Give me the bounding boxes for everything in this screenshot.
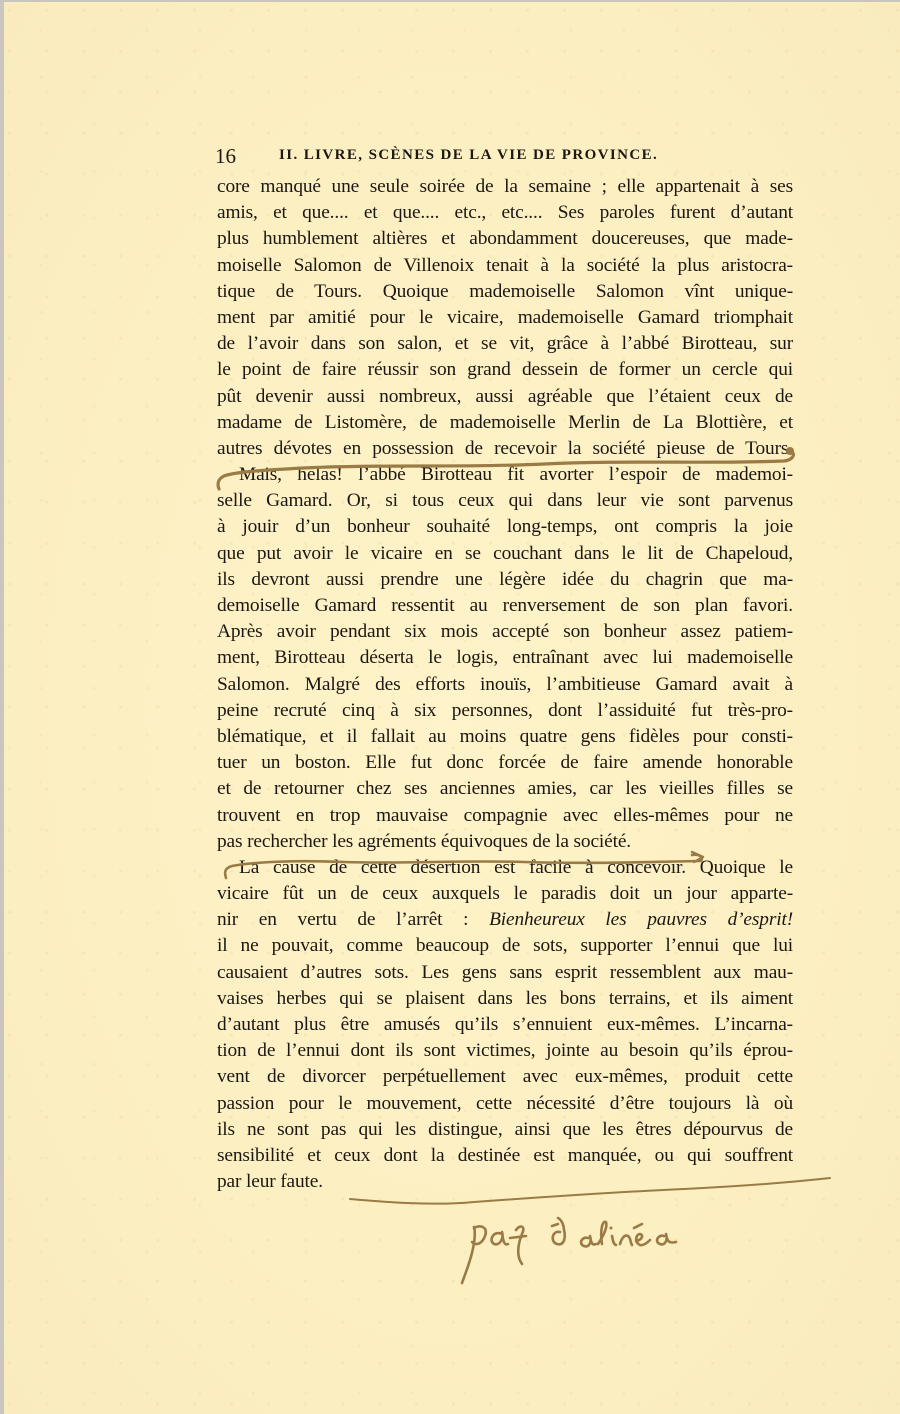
body-text: core manqué une seule soirée de la semai… (217, 174, 793, 1195)
text-line: causaient d’autres sots. Les gens sans e… (217, 960, 793, 986)
text-line: ils ne sont pas qui les distingue, ainsi… (217, 1117, 793, 1143)
text-line: peine recruté cinq à six personnes, dont… (217, 698, 793, 724)
text-line: à jouir d’un bonheur souhaité long-temps… (217, 514, 793, 540)
text-line: il ne pouvait, comme beaucoup de sots, s… (217, 933, 793, 959)
paragraph-end-line: par leur faute. (217, 1169, 793, 1195)
text-line: et de retourner chez ses anciennes amies… (217, 776, 793, 802)
handwritten-note-pas-dalinea (462, 1218, 676, 1283)
book-page: 16 II. LIVRE, SCÈNES DE LA VIE DE PROVIN… (4, 2, 900, 1414)
text-line: vicaire fût un de ceux auxquels le parad… (217, 881, 793, 907)
text-line: plus humblement altières et abondamment … (217, 226, 793, 252)
paragraph-start-line: La cause de cette désertion est facile à… (217, 855, 793, 881)
text-line: blématique, et il fallait au moins quatr… (217, 724, 793, 750)
paragraph-start-line: Mais, hélas! l’abbé Birotteau fit avorte… (217, 462, 793, 488)
text-line: ment, Birotteau déserta le logis, entraî… (217, 645, 793, 671)
text-fragment: nir en vertu de l’arrêt : (217, 909, 489, 930)
text-line: core manqué une seule soirée de la semai… (217, 174, 793, 200)
text-line: de l’avoir dans son salon, et se vit, gr… (217, 331, 793, 357)
text-line: moiselle Salomon de Villenoix tenait à l… (217, 253, 793, 279)
text-line: Salomon. Malgré des efforts inouïs, l’am… (217, 672, 793, 698)
text-line: autres dévotes en possession de recevoir… (217, 436, 793, 462)
text-line: Après avoir pendant six mois accepté son… (217, 619, 793, 645)
text-line: ils devront aussi prendre une légère idé… (217, 567, 793, 593)
text-line: passion pour le mouvement, cette nécessi… (217, 1091, 793, 1117)
text-line: amis, et que.... et que.... etc., etc...… (217, 200, 793, 226)
text-line: madame de Listomère, de mademoiselle Mer… (217, 410, 793, 436)
text-line: le point de faire réussir son grand dess… (217, 357, 793, 383)
running-head: 16 II. LIVRE, SCÈNES DE LA VIE DE PROVIN… (215, 144, 815, 170)
text-line: que put avoir le vicaire en se couchant … (217, 541, 793, 567)
running-head-title: II. LIVRE, SCÈNES DE LA VIE DE PROVINCE. (279, 147, 658, 164)
text-line: ment par amitié pour le vicaire, mademoi… (217, 305, 793, 331)
text-line: selle Gamard. Or, si tous ceux qui dans … (217, 488, 793, 514)
text-line: pût devenir aussi nombreux, aussi agréab… (217, 384, 793, 410)
text-line: tion de l’ennui dont ils sont victimes, … (217, 1038, 793, 1064)
text-line: vent de divorcer perpétuellement avec eu… (217, 1064, 793, 1090)
text-line-with-italic: nir en vertu de l’arrêt : Bienheureux le… (217, 907, 793, 933)
text-line: trouvent en trop mauvaise compagnie avec… (217, 803, 793, 829)
text-line: sensibilité et ceux dont la destinée est… (217, 1143, 793, 1169)
text-line: tique de Tours. Quoique mademoiselle Sal… (217, 279, 793, 305)
italic-quotation: Bienheureux les pauvres d’esprit! (489, 909, 793, 930)
text-line: d’autant plus être amusés qu’ils s’ennui… (217, 1012, 793, 1038)
text-line: vaises herbes qui se plaisent dans les b… (217, 986, 793, 1012)
page-number: 16 (215, 144, 236, 169)
paragraph-end-line: pas rechercher les agréments équivoques … (217, 829, 793, 855)
text-line: demoiselle Gamard ressentit au renversem… (217, 593, 793, 619)
text-line: tuer un boston. Elle fut donc forcée de … (217, 750, 793, 776)
